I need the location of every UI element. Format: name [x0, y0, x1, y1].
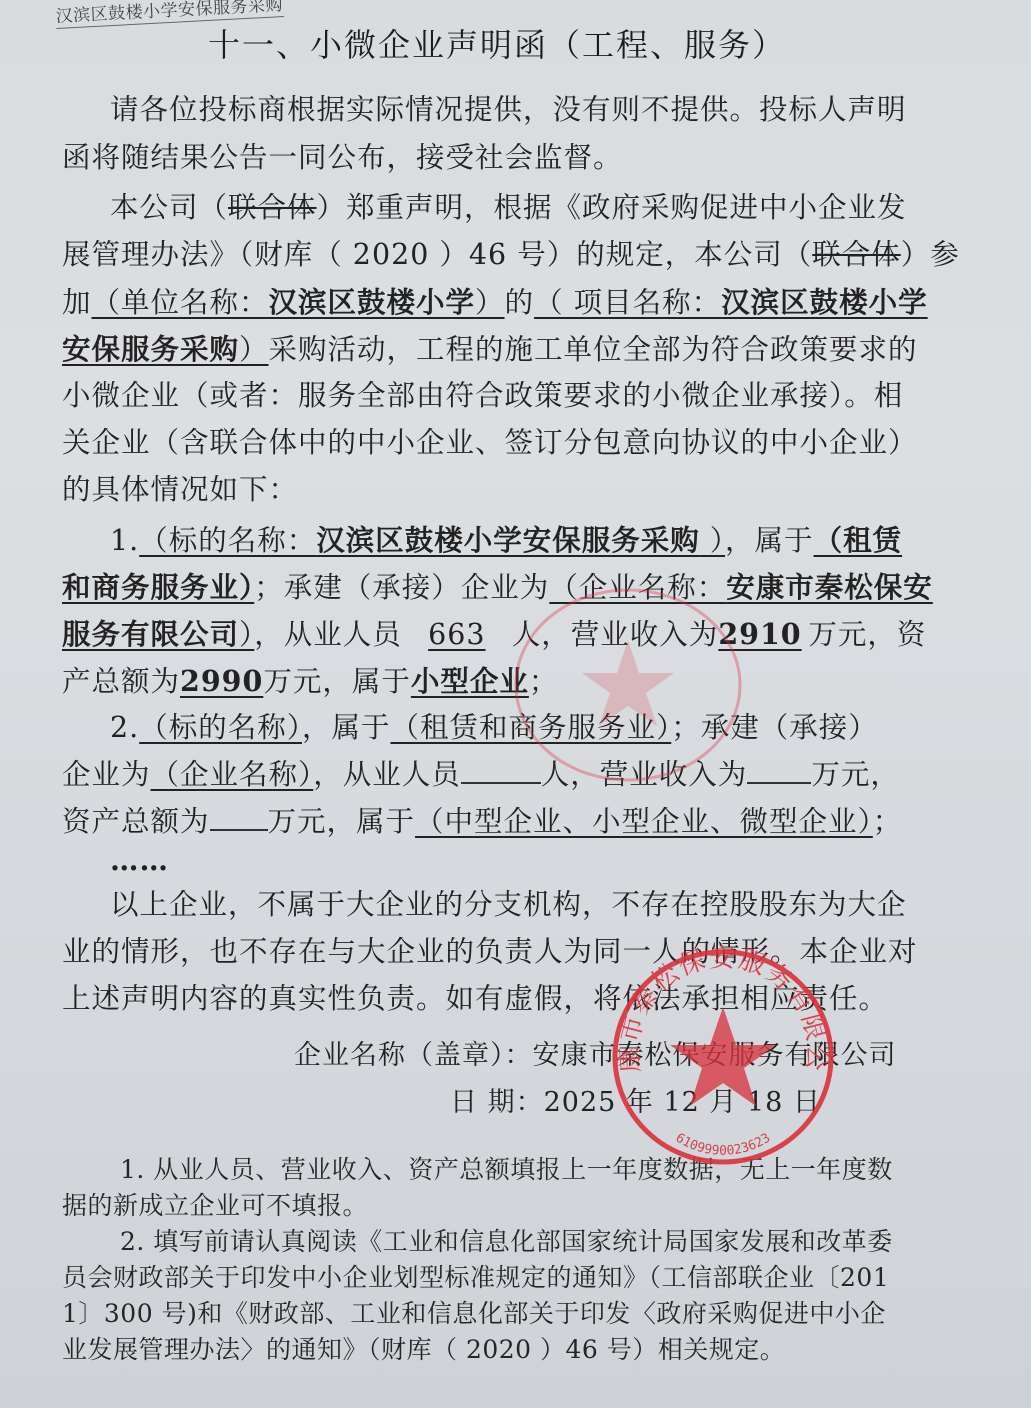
item-2-line-3: 资产总额为万元，属于（中型企业、小型企业、微型企业）； [62, 802, 902, 842]
assets-value: 2990 [180, 664, 263, 698]
commitment-line-1: 以上企业，不属于大企业的分支机构，不存在控股股东为大企 [110, 885, 907, 925]
item-1-line-2: 和商务服务业）；承建（承接）企业为（企业名称：安康市秦松保安 [62, 567, 933, 608]
page-title: 十一、小微企业声明函（工程、服务） [208, 20, 786, 66]
intro-line-2: 函将随结果公告一同公布，接受社会监督。 [62, 138, 623, 178]
size-field: （中型企业、小型企业、微型企业） [415, 805, 873, 838]
note-2-line-2: 员会财政部关于印发中小企业划型标准规定的通知》（工信部联企业〔201 [62, 1258, 889, 1294]
text: ； [529, 665, 559, 698]
text: ，属于 [302, 711, 391, 744]
text: ，从业人员 [313, 758, 461, 791]
field-label: （企业名称： [549, 571, 726, 604]
company-value: 安康市秦松保安 [726, 570, 933, 604]
declaration-line-4: 安保服务采购）采购活动，工程的施工单位全部为符合政策要求的 [62, 329, 918, 370]
industry-value: （租赁 [814, 523, 903, 557]
subject-field: （标的名称） [139, 711, 302, 744]
company-field: （企业名称：安康市秦松保安 [549, 571, 933, 604]
declaration-line-3: 加（单位名称：汉滨区鼓楼小学）的（ 项目名称：汉滨区鼓楼小学 [62, 282, 928, 323]
note-2-line-3: 1〕300 号)和《财政部、工业和信息化部关于印发〈政府采购促进中小企 [62, 1294, 886, 1330]
assets-blank [210, 803, 268, 831]
text: ，属于 [725, 524, 814, 557]
field-label: （ 项目名称： [534, 286, 721, 319]
text: ） [239, 618, 254, 651]
item-2-line-1: 2.（标的名称），属于（租赁和商务服务业）；承建（承接） [110, 708, 878, 748]
revenue-blank [747, 756, 811, 784]
note-2-line-4: 业发展管理办法〉的通知》（财库（ 2020 ）46 号）相关规定。 [62, 1330, 785, 1366]
text: 万元，属于 [268, 805, 416, 838]
item-number: 2. [110, 711, 139, 744]
text: 万元，属于 [263, 665, 411, 698]
note-1-line-1: 1. 从业人员、营业收入、资产总额填报上一年度数据，无上一年度数 [120, 1150, 893, 1186]
company-value: 服务有限公司 [62, 617, 239, 651]
item-1-line-3: 服务有限公司），从业人员663人，营业收入为2910万元，资 [62, 614, 926, 655]
item-2-line-2: 企业为（企业名称），从业人员人，营业收入为万元， [62, 755, 900, 795]
text: ； [873, 805, 903, 838]
project-name-field: （ 项目名称：汉滨区鼓楼小学 [534, 286, 928, 319]
text: ；承建（承接）企业为 [254, 571, 549, 604]
text: 人，营业收入为 [512, 618, 719, 651]
industry-field: （租赁和商务服务业） [390, 711, 671, 744]
company-field: （企业名称） [151, 758, 314, 791]
project-name-field-cont: 安保服务采购） [62, 333, 269, 366]
text: ，从业人员 [254, 618, 402, 651]
declaration-line-7: 的具体情况如下： [62, 470, 298, 510]
intro-line-1: 请各位投标商根据实际情况提供，没有则不提供。投标人声明 [110, 90, 907, 130]
project-name-value: 安保服务采购 [62, 332, 239, 366]
item-1-line-4: 产总额为2990万元，属于小型企业； [62, 661, 558, 702]
project-name-value: 汉滨区鼓楼小学 [721, 285, 928, 319]
text: 企业为 [62, 758, 151, 791]
text: ） [475, 286, 505, 319]
revenue-value: 2910 [718, 614, 808, 654]
declaration-line-2: 展管理办法》（财库（ 2020 ）46 号）的规定，本公司（联合体）参 [62, 235, 960, 275]
item-number: 1. [110, 524, 139, 557]
text: ） [700, 524, 725, 557]
employees-value: 663 [402, 615, 512, 655]
text: 加 [62, 286, 92, 319]
struck-text: 联合体 [812, 238, 901, 271]
declaration-line-5: 小微企业（或者：服务全部由符合政策要求的小微企业承接）。相 [62, 376, 903, 416]
text: ）参 [901, 238, 960, 271]
signature-date: 日 期：2025 年 12 月 18 日 [450, 1080, 821, 1119]
declaration-line-6: 关企业（含联合体中的中小企业、签订分包意向协议的中小企业） [62, 423, 918, 463]
item-1-line-1: 1.（标的名称：汉滨区鼓楼小学安保服务采购 ），属于（租赁 [110, 520, 902, 561]
text: ）郑重声明，根据《政府采购促进中小企业发 [317, 191, 907, 224]
document-page: 汉滨区鼓楼小学安保服务采购 十一、小微企业声明函（工程、服务） 请各位投标商根据… [0, 0, 1031, 1408]
field-label: （标的名称： [139, 524, 316, 557]
note-1-line-2: 据的新成立企业可不填报。 [62, 1186, 368, 1222]
company-field-cont: 服务有限公司） [62, 618, 254, 651]
text: 万元， [811, 758, 900, 791]
declaration-line-1: 本公司（联合体）郑重声明，根据《政府采购促进中小企业发 [110, 188, 907, 228]
employees-blank [461, 756, 541, 784]
text: 本公司（ [110, 191, 228, 224]
text: 的 [505, 286, 535, 319]
signature-company: 企业名称（盖章）：安康市秦松保安服务有限公司 [294, 1033, 897, 1072]
text: ；承建（承接） [671, 711, 878, 744]
size-value: 小型企业 [411, 664, 529, 698]
text: 产总额为 [62, 665, 180, 698]
unit-name-value: 汉滨区鼓楼小学 [269, 285, 476, 319]
commitment-line-2: 业的情形，也不存在与大企业的负责人为同一人的情形。本企业对 [62, 932, 918, 972]
text: 采购活动，工程的施工单位全部为符合政策要求的 [269, 333, 918, 366]
industry-value: 和商务服务业） [62, 570, 254, 604]
struck-text: 联合体 [228, 191, 317, 224]
commitment-line-3: 上述声明内容的真实性负责。如有虚假，将依法承担相应责任。 [62, 979, 888, 1019]
text: 人，营业收入为 [541, 758, 748, 791]
text: 展管理办法》（财库（ 2020 ）46 号）的规定，本公司（ [62, 238, 812, 271]
ellipsis: …… [110, 840, 169, 880]
subject-value: 汉滨区鼓楼小学安保服务采购 [316, 523, 700, 557]
note-2-line-1: 2. 填写前请认真阅读《工业和信息化部国家统计局国家发展和改革委 [120, 1222, 893, 1258]
subject-field: （标的名称：汉滨区鼓楼小学安保服务采购 ） [139, 524, 725, 557]
field-label: （单位名称： [92, 286, 269, 319]
text: 资产总额为 [62, 805, 210, 838]
unit-name-field: （单位名称：汉滨区鼓楼小学） [92, 286, 505, 319]
text: ） [239, 333, 269, 366]
text: 万元，资 [808, 618, 926, 651]
